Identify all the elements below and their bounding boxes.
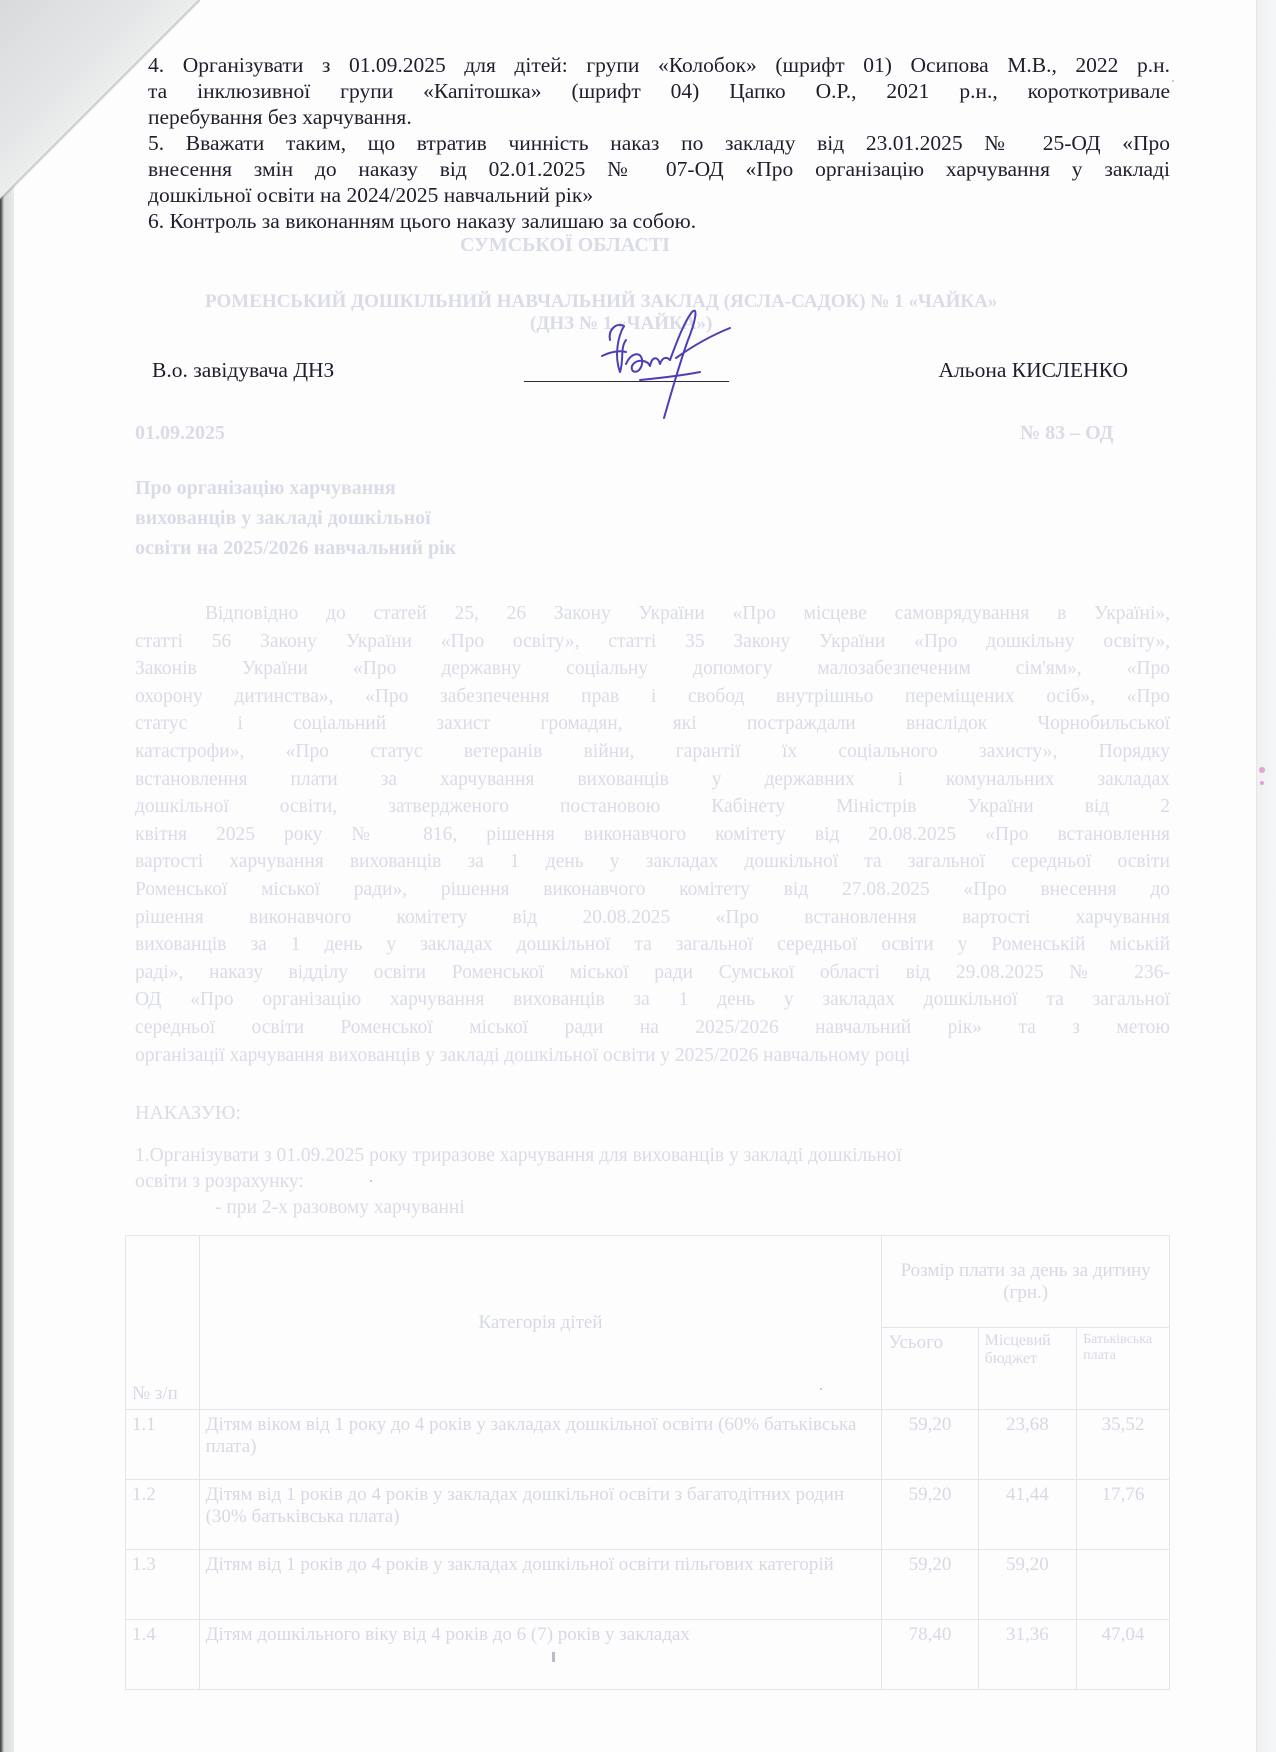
item4-line: та інклюзивної групи «Капітошка» (шрифт … bbox=[148, 78, 1170, 104]
ghost-cell-parents: 47,04 bbox=[1077, 1620, 1170, 1690]
ghost-body-line: дошкільної освіти, затвердженого постано… bbox=[135, 793, 1170, 821]
ghost-item1-line: 1.Організувати з 01.09.2025 року триразо… bbox=[135, 1143, 902, 1169]
ghost-body-line: квітня 2025 року № 816, рішення виконавч… bbox=[135, 821, 1170, 849]
ghost-cell-category: Дітям віком від 1 року до 4 років у закл… bbox=[199, 1410, 882, 1480]
ghost-table-row: 1.4Дітям дошкільного віку від 4 років до… bbox=[126, 1620, 1170, 1690]
ghost-date: 01.09.2025 bbox=[135, 420, 225, 447]
ghost-cell-parents: 35,52 bbox=[1077, 1410, 1170, 1480]
ghost-cell-total: 59,20 bbox=[882, 1550, 978, 1620]
ghost-body-line: ОД «Про організацію харчування вихованці… bbox=[135, 986, 1170, 1014]
order-items: 4. Організувати з 01.09.2025 для дітей: … bbox=[148, 52, 1170, 234]
item6: 6. Контроль за виконанням цього наказу з… bbox=[148, 208, 1170, 234]
ghost-cell-parents bbox=[1077, 1550, 1170, 1620]
ghost-subject-line: вихованців у закладі дошкільної bbox=[135, 503, 456, 533]
ghost-th-category: Категорія дітей bbox=[199, 1236, 882, 1410]
signatory-name: Альона КИСЛЕНКО bbox=[939, 358, 1128, 383]
signatory-title: В.о. завідувача ДНЗ bbox=[152, 358, 334, 383]
ghost-subject: Про організацію харчування вихованців у … bbox=[135, 473, 456, 563]
ghost-cell-num: 1.4 bbox=[126, 1620, 200, 1690]
ghost-th-parents: Батьківська плата bbox=[1077, 1328, 1170, 1410]
ghost-price-table: № з/п Категорія дітей Розмір плати за де… bbox=[125, 1235, 1170, 1690]
ghost-cell-local: 23,68 bbox=[978, 1410, 1077, 1480]
ghost-th-group: Розмір плати за день за дитину (грн.) bbox=[882, 1236, 1170, 1328]
ghost-cell-local: 59,20 bbox=[978, 1550, 1077, 1620]
ghost-order-word: НАКАЗУЮ: bbox=[135, 1100, 241, 1127]
ghost-cell-num: 1.3 bbox=[126, 1550, 200, 1620]
item5-line: 5. Вважати таким, що втратив чинність на… bbox=[148, 130, 1170, 156]
ghost-order-number: № 83 – ОД bbox=[1020, 420, 1113, 447]
ghost-cell-total: 78,40 bbox=[882, 1620, 978, 1690]
ghost-body: Відповідно до статей 25, 26 Закону Украї… bbox=[135, 600, 1170, 1069]
ghost-body-line: середньої освіти Роменської міської ради… bbox=[135, 1014, 1170, 1042]
ghost-body-line: вихованців за 1 день у закладах дошкільн… bbox=[135, 931, 1170, 959]
ghost-cell-parents: 17,76 bbox=[1077, 1480, 1170, 1550]
ghost-cell-category: Дітям дошкільного віку від 4 років до 6 … bbox=[199, 1620, 882, 1690]
ghost-cell-num: 1.1 bbox=[126, 1410, 200, 1480]
ghost-table-row: 1.2Дітям від 1 років до 4 років у заклад… bbox=[126, 1480, 1170, 1550]
ghost-body-line: катастрофи», «Про статус ветеранів війни… bbox=[135, 738, 1170, 766]
ghost-th-num: № з/п bbox=[126, 1236, 200, 1410]
item5-line: дошкільної освіти на 2024/2025 навчальни… bbox=[148, 182, 1170, 208]
ghost-body-line: встановлення плати за харчування вихован… bbox=[135, 766, 1170, 794]
ghost-body-line: вартості харчування вихованців за 1 день… bbox=[135, 848, 1170, 876]
scan-right-edge bbox=[1256, 0, 1276, 1752]
scan-left-edge bbox=[0, 0, 14, 1752]
ghost-item1-line: освіти з розрахунку: bbox=[135, 1169, 902, 1195]
ghost-cell-total: 59,20 bbox=[882, 1480, 978, 1550]
ghost-table-row: 1.3Дітям від 1 років до 4 років у заклад… bbox=[126, 1550, 1170, 1620]
item4-line: 4. Організувати з 01.09.2025 для дітей: … bbox=[148, 52, 1170, 78]
ghost-th-local: Місцевий бюджет bbox=[978, 1328, 1077, 1410]
ghost-cell-local: 31,36 bbox=[978, 1620, 1077, 1690]
ghost-table-row: 1.1Дітям віком від 1 року до 4 років у з… bbox=[126, 1410, 1170, 1480]
ghost-cell-category: Дітям від 1 років до 4 років у закладах … bbox=[199, 1550, 882, 1620]
ghost-body-line: Законів України «Про державну соціальну … bbox=[135, 655, 1170, 683]
ink-dot bbox=[1260, 781, 1264, 785]
ghost-th-total: Усього bbox=[882, 1328, 978, 1410]
ghost-body-line: Відповідно до статей 25, 26 Закону Украї… bbox=[135, 600, 1170, 628]
ghost-body-line: охорону дитинства», «Про забезпечення пр… bbox=[135, 683, 1170, 711]
ghost-item1-line: - при 2-х разовому харчуванні bbox=[135, 1195, 902, 1221]
item5-line: внесення змін до наказу від 02.01.2025 №… bbox=[148, 156, 1170, 182]
ghost-cell-category: Дітям від 1 років до 4 років у закладах … bbox=[199, 1480, 882, 1550]
ghost-cell-local: 41,44 bbox=[978, 1480, 1077, 1550]
ghost-body-line: Роменської міської ради», рішення викона… bbox=[135, 876, 1170, 904]
ink-dot bbox=[1259, 767, 1265, 773]
ghost-body-line: раді», наказу відділу освіти Роменської … bbox=[135, 959, 1170, 987]
handwritten-signature bbox=[580, 300, 750, 425]
ghost-body-line: статті 56 Закону України «Про освіту», с… bbox=[135, 628, 1170, 656]
ghost-header-line: СУМСЬКОЇ ОБЛАСТІ bbox=[460, 232, 670, 259]
ghost-subject-line: освіти на 2025/2026 навчальний рік bbox=[135, 533, 456, 563]
ghost-subject-line: Про організацію харчування bbox=[135, 473, 456, 503]
ghost-item1: 1.Організувати з 01.09.2025 року триразо… bbox=[135, 1143, 902, 1221]
ghost-cell-total: 59,20 bbox=[882, 1410, 978, 1480]
ghost-cell-num: 1.2 bbox=[126, 1480, 200, 1550]
ghost-body-line: статус і соціальний захист громадян, які… bbox=[135, 710, 1170, 738]
ghost-body-line: організації харчування вихованців у закл… bbox=[135, 1042, 1170, 1070]
ghost-body-line: рішення виконавчого комітету від 20.08.2… bbox=[135, 904, 1170, 932]
item4-line: перебування без харчування. bbox=[148, 104, 1170, 130]
